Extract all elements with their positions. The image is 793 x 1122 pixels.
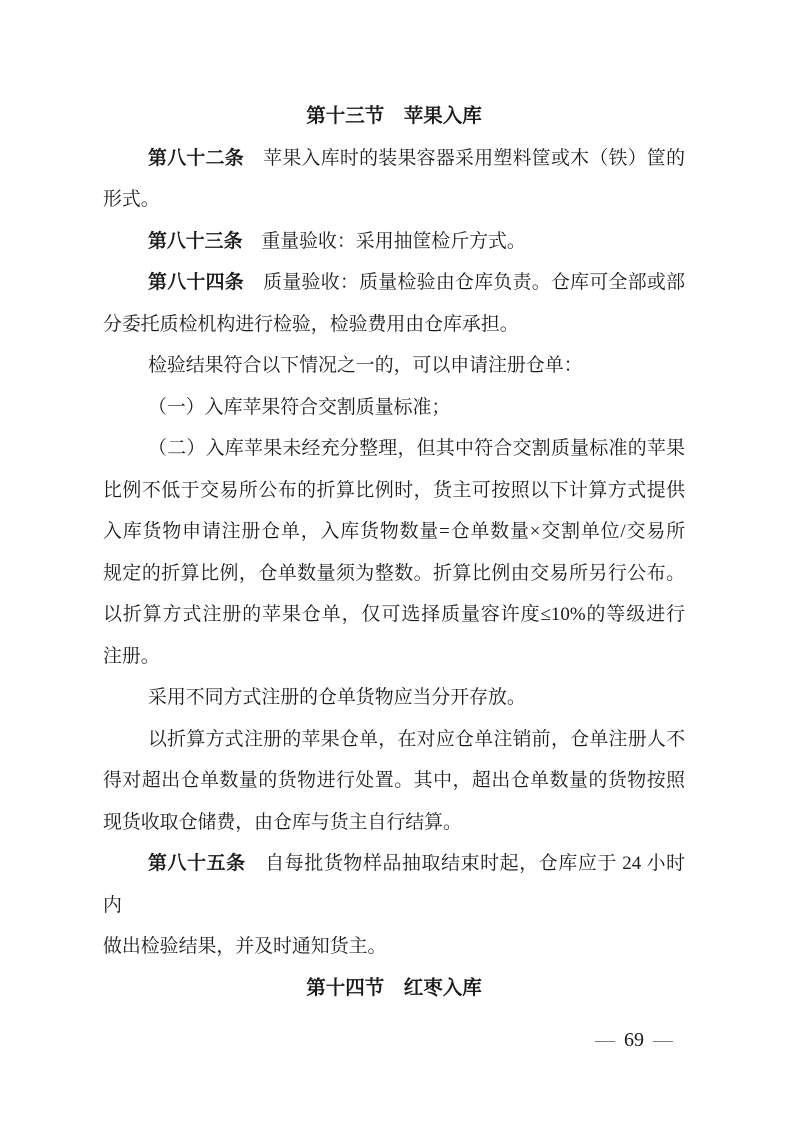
text-line: 入库货物申请注册仓单，入库货物数量=仓单数量×交割单位/交易所 bbox=[103, 511, 685, 553]
text-line: 第八十三条 重量验收：采用抽筐检斤方式。 bbox=[103, 221, 685, 263]
line-text: 形式。 bbox=[103, 189, 160, 210]
line-text: 得对超出仓单数量的货物进行处置。其中，超出仓单数量的货物按照 bbox=[103, 770, 685, 791]
line-text: （一）入库苹果符合交割质量标准； bbox=[148, 397, 450, 418]
text-line: 检验结果符合以下情况之一的，可以申请注册仓单： bbox=[103, 345, 685, 387]
line-text: 苹果入库时的装果容器采用塑料筐或木（铁）筐的 bbox=[244, 148, 685, 169]
line-text: 做出检验结果，并及时通知货主。 bbox=[103, 936, 386, 957]
article-number: 第八十四条 bbox=[148, 272, 244, 293]
line-text: 以折算方式注册的苹果仓单，在对应仓单注销前，仓单注册人不 bbox=[148, 729, 685, 750]
text-line: 比例不低于交易所公布的折算比例时，货主可按照以下计算方式提供 bbox=[103, 470, 685, 512]
line-text: 以折算方式注册的苹果仓单，仅可选择质量容许度≤10%的等级进行 bbox=[103, 604, 685, 625]
footer-dash-left: — bbox=[595, 1029, 615, 1051]
page-footer: —69— bbox=[555, 1026, 713, 1054]
text-line: 第八十五条 自每批货物样品抽取结束时起，仓库应于 24 小时内 bbox=[103, 843, 685, 926]
text-line: 分委托质检机构进行检验，检验费用由仓库承担。 bbox=[103, 304, 685, 346]
line-text: 比例不低于交易所公布的折算比例时，货主可按照以下计算方式提供 bbox=[103, 480, 685, 501]
line-text: 检验结果符合以下情况之一的，可以申请注册仓单： bbox=[148, 355, 582, 376]
section-heading: 第十三节 苹果入库 bbox=[103, 96, 685, 138]
line-text: 重量验收：采用抽筐检斤方式。 bbox=[242, 231, 525, 252]
article-number: 第十四节 红枣入库 bbox=[306, 977, 482, 999]
article-number: 第八十三条 bbox=[148, 231, 242, 252]
text-line: 得对超出仓单数量的货物进行处置。其中，超出仓单数量的货物按照 bbox=[103, 760, 685, 802]
line-text: 规定的折算比例，仓单数量须为整数。折算比例由交易所另行公布。 bbox=[103, 563, 685, 584]
article-number: 第八十五条 bbox=[148, 853, 246, 874]
article-number: 第八十二条 bbox=[148, 148, 244, 169]
line-text: 注册。 bbox=[103, 646, 160, 667]
text-line: 第八十四条 质量验收：质量检验由仓库负责。仓库可全部或部 bbox=[103, 262, 685, 304]
text-line: 做出检验结果，并及时通知货主。 bbox=[103, 926, 685, 968]
document-page: 第十三节 苹果入库第八十二条 苹果入库时的装果容器采用塑料筐或木（铁）筐的形式。… bbox=[0, 0, 793, 1122]
text-line: 采用不同方式注册的仓单货物应当分开存放。 bbox=[103, 677, 685, 719]
text-line: （一）入库苹果符合交割质量标准； bbox=[103, 387, 685, 429]
text-line: 以折算方式注册的苹果仓单，在对应仓单注销前，仓单注册人不 bbox=[103, 719, 685, 761]
footer-dash-right: — bbox=[653, 1029, 673, 1051]
text-line: 第八十二条 苹果入库时的装果容器采用塑料筐或木（铁）筐的 bbox=[103, 138, 685, 180]
text-line: （二）入库苹果未经充分整理，但其中符合交割质量标准的苹果 bbox=[103, 428, 685, 470]
line-text: 现货收取仓储费，由仓库与货主自行结算。 bbox=[103, 812, 462, 833]
line-text: （二）入库苹果未经充分整理，但其中符合交割质量标准的苹果 bbox=[148, 438, 685, 459]
text-line: 现货收取仓储费，由仓库与货主自行结算。 bbox=[103, 802, 685, 844]
line-text: 入库货物申请注册仓单，入库货物数量=仓单数量×交割单位/交易所 bbox=[103, 521, 685, 542]
text-line: 注册。 bbox=[103, 636, 685, 678]
line-text: 质量验收：质量检验由仓库负责。仓库可全部或部 bbox=[244, 272, 685, 293]
text-line: 形式。 bbox=[103, 179, 685, 221]
page-number: 69 bbox=[624, 1029, 644, 1051]
line-text: 分委托质检机构进行检验，检验费用由仓库承担。 bbox=[103, 314, 519, 335]
article-number: 第十三节 苹果入库 bbox=[306, 105, 482, 127]
text-line: 规定的折算比例，仓单数量须为整数。折算比例由交易所另行公布。 bbox=[103, 553, 685, 595]
document-body: 第十三节 苹果入库第八十二条 苹果入库时的装果容器采用塑料筐或木（铁）筐的形式。… bbox=[103, 96, 685, 1009]
section-heading: 第十四节 红枣入库 bbox=[103, 968, 685, 1010]
text-line: 以折算方式注册的苹果仓单，仅可选择质量容许度≤10%的等级进行 bbox=[103, 594, 685, 636]
line-text: 采用不同方式注册的仓单货物应当分开存放。 bbox=[148, 687, 526, 708]
